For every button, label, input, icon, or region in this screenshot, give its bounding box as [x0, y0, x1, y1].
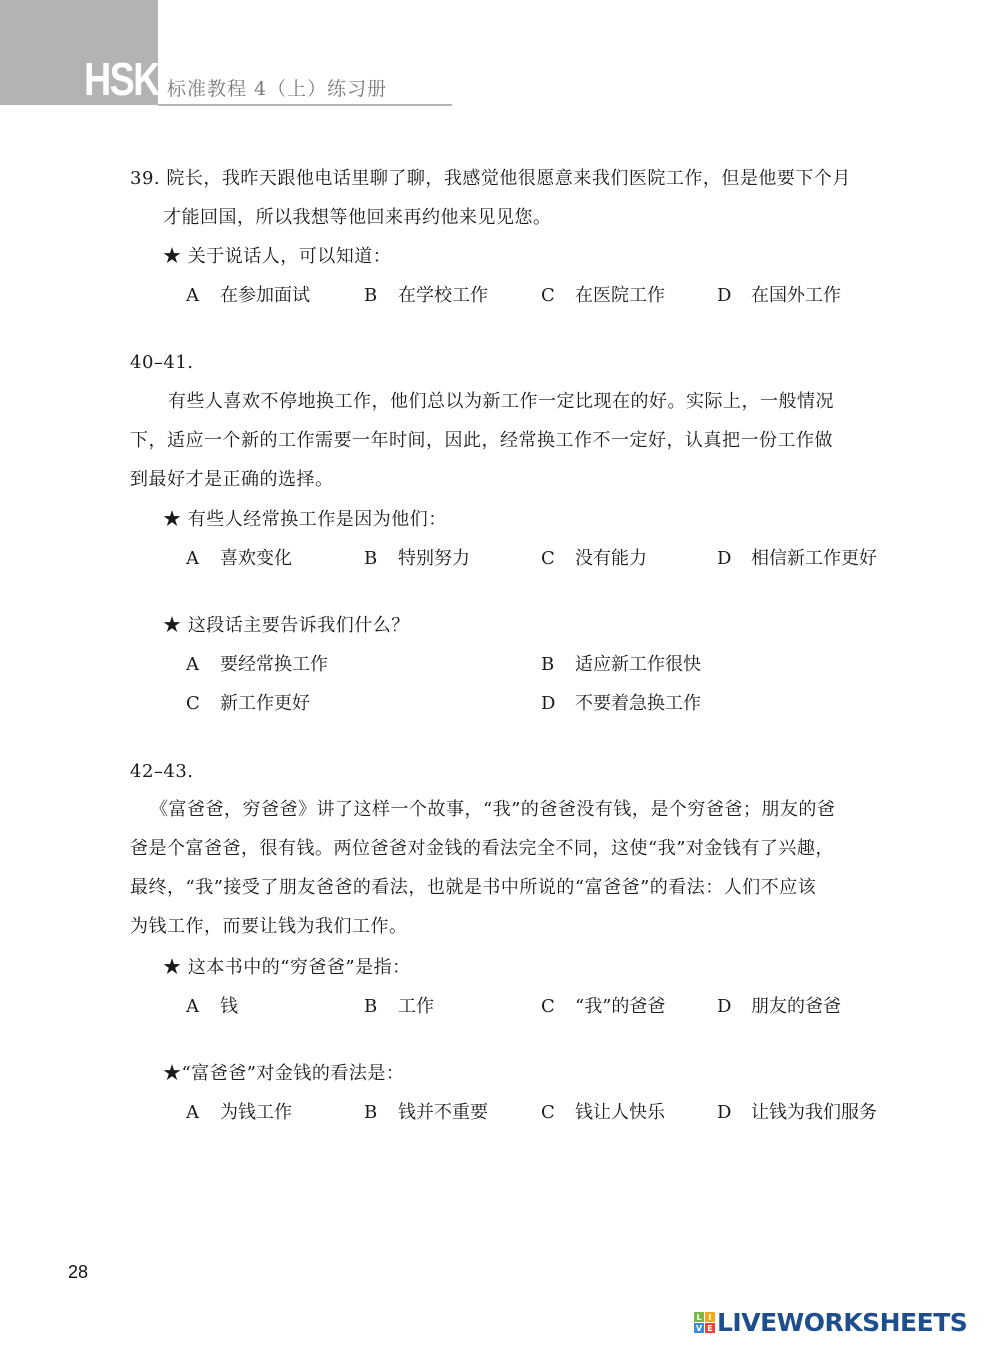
- tile-e: E: [705, 1323, 715, 1333]
- header-divider: [158, 104, 452, 106]
- live-tiles-icon: L I V E: [694, 1312, 715, 1333]
- option-text: 钱: [220, 996, 238, 1017]
- option-letter: A: [186, 1101, 220, 1125]
- option-letter: C: [541, 1101, 575, 1125]
- option-text: 钱并不重要: [398, 1102, 488, 1123]
- option-text: 喜欢变化: [220, 548, 292, 569]
- tile-l: L: [694, 1312, 704, 1322]
- q39-option-a[interactable]: A在参加面试: [186, 284, 310, 308]
- q42-option-d[interactable]: D朋友的爸爸: [717, 995, 841, 1019]
- q42-question: ★ 这本书中的“穷爸爸”是指：: [163, 956, 411, 980]
- option-text: 新工作更好: [220, 693, 310, 714]
- q39-option-d[interactable]: D在国外工作: [717, 284, 841, 308]
- option-letter: D: [541, 692, 575, 716]
- option-text: 不要着急换工作: [575, 693, 701, 714]
- option-letter: C: [541, 284, 575, 308]
- q40-41-number: 40–41.: [130, 351, 194, 375]
- option-text: 要经常换工作: [220, 654, 328, 675]
- option-text: 在国外工作: [751, 285, 841, 306]
- q42-option-c[interactable]: C“我”的爸爸: [541, 995, 665, 1019]
- q43-option-a[interactable]: A为钱工作: [186, 1101, 292, 1125]
- hsk-logo: HSK: [84, 54, 159, 104]
- option-text: 在参加面试: [220, 285, 310, 306]
- option-text: 相信新工作更好: [751, 548, 877, 569]
- option-text: 特别努力: [398, 548, 470, 569]
- option-letter: B: [364, 547, 398, 571]
- q41-option-c[interactable]: C新工作更好: [186, 692, 310, 716]
- q40-41-passage-line3: 到最好才是正确的选择。: [130, 468, 334, 492]
- q42-43-passage-line2: 爸是个富爸爸，很有钱。两位爸爸对金钱的看法完全不同，这使“我”对金钱有了兴趣，: [130, 837, 834, 861]
- q40-option-a[interactable]: A喜欢变化: [186, 547, 292, 571]
- option-text: 让钱为我们服务: [751, 1102, 877, 1123]
- option-letter: A: [186, 284, 220, 308]
- q39-text-line2: 才能回国，所以我想等他回来再约他来见见您。: [163, 206, 552, 230]
- option-letter: C: [541, 547, 575, 571]
- tile-i: I: [705, 1312, 715, 1322]
- option-letter: D: [717, 1101, 751, 1125]
- q39-option-c[interactable]: C在医院工作: [541, 284, 665, 308]
- option-letter: A: [186, 995, 220, 1019]
- option-text: 没有能力: [575, 548, 647, 569]
- q42-option-b[interactable]: B工作: [364, 995, 434, 1019]
- option-letter: B: [364, 1101, 398, 1125]
- option-letter: B: [364, 995, 398, 1019]
- q39-question: ★ 关于说话人，可以知道：: [163, 245, 391, 269]
- option-letter: A: [186, 653, 220, 677]
- option-text: 在医院工作: [575, 285, 665, 306]
- q41-option-a[interactable]: A要经常换工作: [186, 653, 328, 677]
- option-text: 在学校工作: [398, 285, 488, 306]
- option-text: 朋友的爸爸: [751, 996, 841, 1017]
- option-letter: C: [186, 692, 220, 716]
- option-letter: D: [717, 547, 751, 571]
- q40-option-c[interactable]: C没有能力: [541, 547, 647, 571]
- option-text: 工作: [398, 996, 434, 1017]
- option-text: “我”的爸爸: [575, 996, 665, 1017]
- q43-option-d[interactable]: D让钱为我们服务: [717, 1101, 877, 1125]
- option-text: 适应新工作很快: [575, 654, 701, 675]
- q40-option-d[interactable]: D相信新工作更好: [717, 547, 877, 571]
- option-text: 钱让人快乐: [575, 1102, 665, 1123]
- q42-43-passage-line1: 《富爸爸，穷爸爸》讲了这样一个故事，“我”的爸爸没有钱，是个穷爸爸；朋友的爸: [150, 798, 835, 822]
- option-letter: D: [717, 995, 751, 1019]
- option-letter: B: [541, 653, 575, 677]
- q43-option-c[interactable]: C钱让人快乐: [541, 1101, 665, 1125]
- q43-question: ★“富爸爸”对金钱的看法是：: [163, 1062, 404, 1086]
- book-title: 标准教程 4（上）练习册: [167, 76, 387, 102]
- page-number: 28: [68, 1262, 88, 1283]
- tile-v: V: [694, 1323, 704, 1333]
- brand-name: LIVEWORKSHEETS: [717, 1308, 967, 1337]
- q43-option-b[interactable]: B钱并不重要: [364, 1101, 488, 1125]
- q39-option-b[interactable]: B在学校工作: [364, 284, 488, 308]
- q42-43-passage-line3: 最终，“我”接受了朋友爸爸的看法，也就是书中所说的“富爸爸”的看法：人们不应该: [130, 876, 816, 900]
- q41-option-d[interactable]: D不要着急换工作: [541, 692, 701, 716]
- option-letter: C: [541, 995, 575, 1019]
- option-letter: B: [364, 284, 398, 308]
- option-letter: A: [186, 547, 220, 571]
- option-letter: D: [717, 284, 751, 308]
- q40-question: ★ 有些人经常换工作是因为他们：: [163, 508, 447, 532]
- q40-option-b[interactable]: B特别努力: [364, 547, 470, 571]
- q39-text-line1: 39. 院长，我昨天跟他电话里聊了聊，我感觉他很愿意来我们医院工作，但是他要下个…: [130, 167, 851, 191]
- q40-41-passage-line2: 下，适应一个新的工作需要一年时间，因此，经常换工作不一定好，认真把一份工作做: [130, 429, 833, 453]
- liveworksheets-logo: L I V E LIVEWORKSHEETS: [694, 1308, 967, 1337]
- q42-43-passage-line4: 为钱工作，而要让钱为我们工作。: [130, 915, 408, 939]
- q40-41-passage-line1: 有些人喜欢不停地换工作，他们总以为新工作一定比现在的好。实际上，一般情况: [168, 390, 834, 414]
- q41-question: ★ 这段话主要告诉我们什么？: [163, 614, 410, 638]
- q42-43-number: 42–43.: [130, 760, 194, 784]
- option-text: 为钱工作: [220, 1102, 292, 1123]
- q42-option-a[interactable]: A钱: [186, 995, 238, 1019]
- q41-option-b[interactable]: B适应新工作很快: [541, 653, 701, 677]
